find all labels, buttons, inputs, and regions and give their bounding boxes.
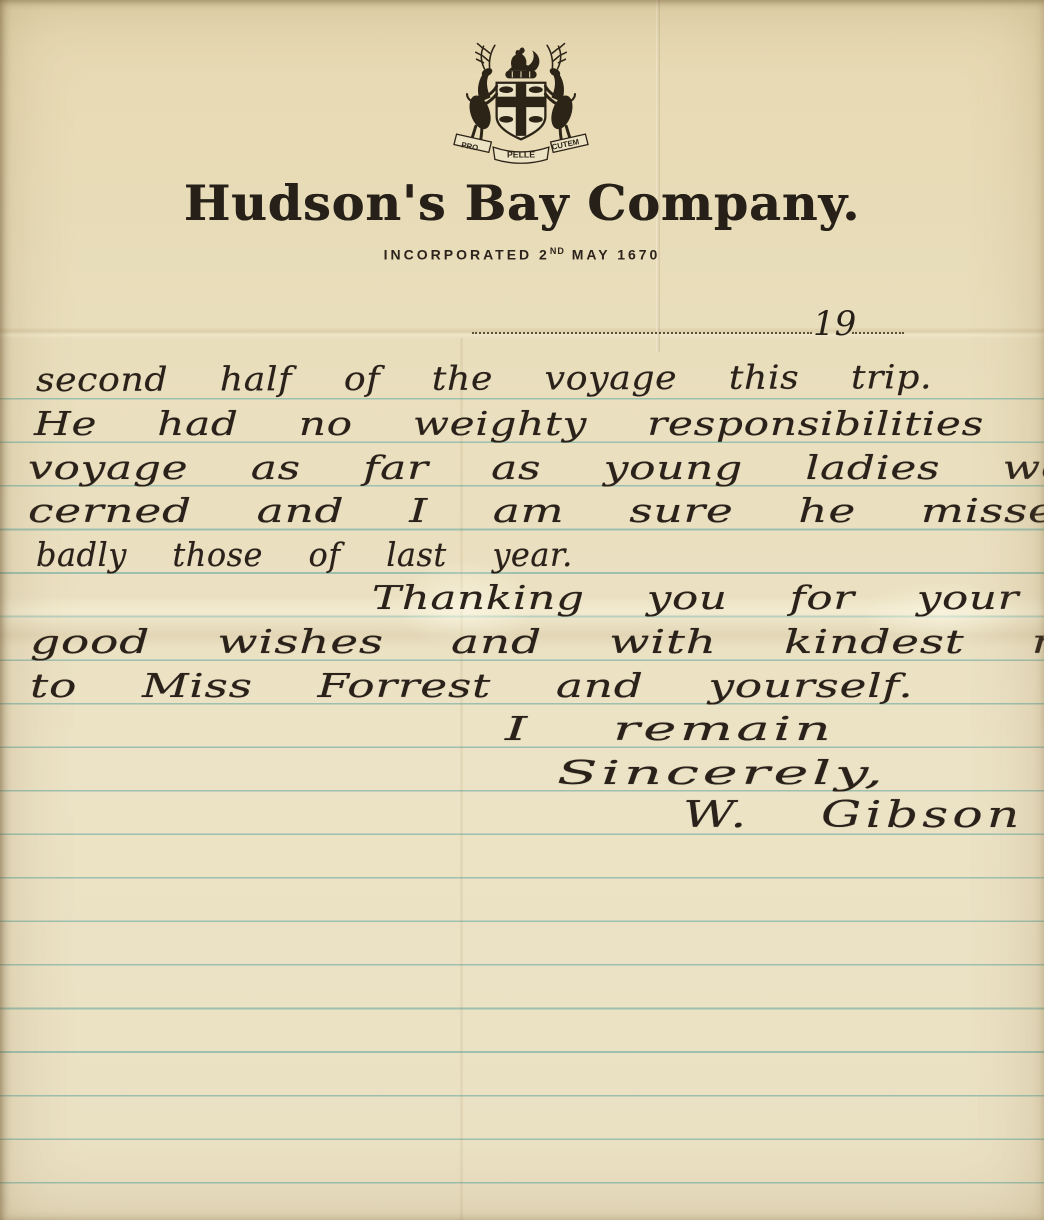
beaver-icon — [529, 116, 543, 123]
handwriting-line: cerned and I am sure he missed — [28, 491, 1044, 530]
beaver-icon — [499, 116, 513, 123]
company-name: Hudson's Bay Company. — [0, 174, 1044, 232]
incorporation-line: INCORPORATED 2ND MAY 1670 — [0, 246, 1044, 263]
handwriting-line: He had no weighty responsibilities in th… — [34, 404, 1044, 443]
stag-right-icon — [545, 44, 576, 144]
date-dotted-line — [472, 318, 812, 334]
shield-icon — [497, 83, 546, 140]
hbc-coat-of-arms-icon: PRO PELLE CUTEM — [433, 34, 609, 182]
year-prefix: 19 — [813, 304, 856, 344]
handwriting-line: to Miss Forrest and yourself. — [30, 666, 913, 705]
incorporation-prefix: INCORPORATED 2 — [384, 247, 550, 263]
beaver-icon — [499, 86, 513, 93]
handwriting-line: Sincerely, — [557, 753, 886, 792]
handwriting-line: Thanking you for your kind — [372, 578, 1044, 617]
incorporation-suffix: MAY 1670 — [565, 247, 661, 263]
handwriting-line: good wishes and with kindest regards — [30, 622, 1044, 661]
handwriting-line: I remain — [505, 709, 834, 748]
stag-left-icon — [466, 44, 497, 144]
handwriting-line: badly those of last year. — [36, 535, 573, 574]
handwriting-line: second half of the voyage this trip. — [36, 357, 932, 399]
handwriting-signature: W. Gibson — [683, 795, 1024, 836]
year-dotted-line — [852, 318, 904, 334]
incorporation-ordinal: ND — [550, 246, 565, 256]
handwriting-line: voyage as far as young ladies were con- — [28, 448, 1044, 487]
letter-page: PRO PELLE CUTEM Hudson's Bay Company. IN… — [0, 0, 1044, 1220]
motto-text-center: PELLE — [507, 150, 535, 160]
beaver-icon — [529, 86, 543, 93]
